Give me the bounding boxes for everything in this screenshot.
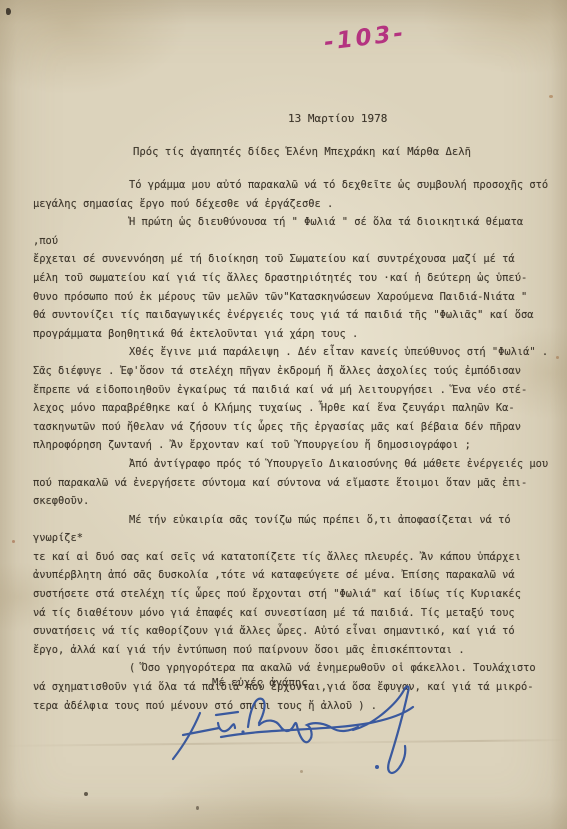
paragraph-advice: Μέ τήν εὐκαιρία σᾶς τονίζω πώς πρέπει ὅ,…: [33, 511, 549, 660]
salutation-line: Πρός τίς ἀγαπητές δίδες Ἑλένη Μπεχράκη κ…: [133, 146, 471, 158]
paper-speck: [6, 8, 11, 15]
page-number-annotation: -103-: [323, 20, 408, 56]
paper-speck: [84, 792, 88, 796]
letter-body: Τό γράμμα μου αὐτό παρακαλῶ νά τό δεχθεῖ…: [33, 176, 549, 715]
paper-speck: [300, 770, 303, 773]
paper-speck: [12, 540, 15, 543]
paragraph-roles: Ἡ πρώτη ὡς διευθύνουσα τή " Φωλιά " σέ ὅ…: [33, 213, 549, 343]
signature-handwriting-icon: [145, 683, 445, 793]
paragraph-ministry: Ἀπό ἀντίγραφο πρός τό Ὑπουργεῖο Δικαιοσύ…: [33, 455, 549, 511]
letter-page: -103- 13 Μαρτίου 1978 Πρός τίς ἀγαπητές …: [0, 0, 567, 829]
paragraph-omission: Χθές ἔγινε μιά παράλειψη . Δέν εἶταν καν…: [33, 343, 549, 455]
paper-speck: [549, 95, 553, 98]
letter-date: 13 Μαρτίου 1978: [288, 112, 387, 125]
paragraph-intro: Τό γράμμα μου αὐτό παρακαλῶ νά τό δεχθεῖ…: [33, 176, 549, 213]
paper-speck: [556, 356, 559, 359]
paper-speck: [196, 806, 199, 810]
